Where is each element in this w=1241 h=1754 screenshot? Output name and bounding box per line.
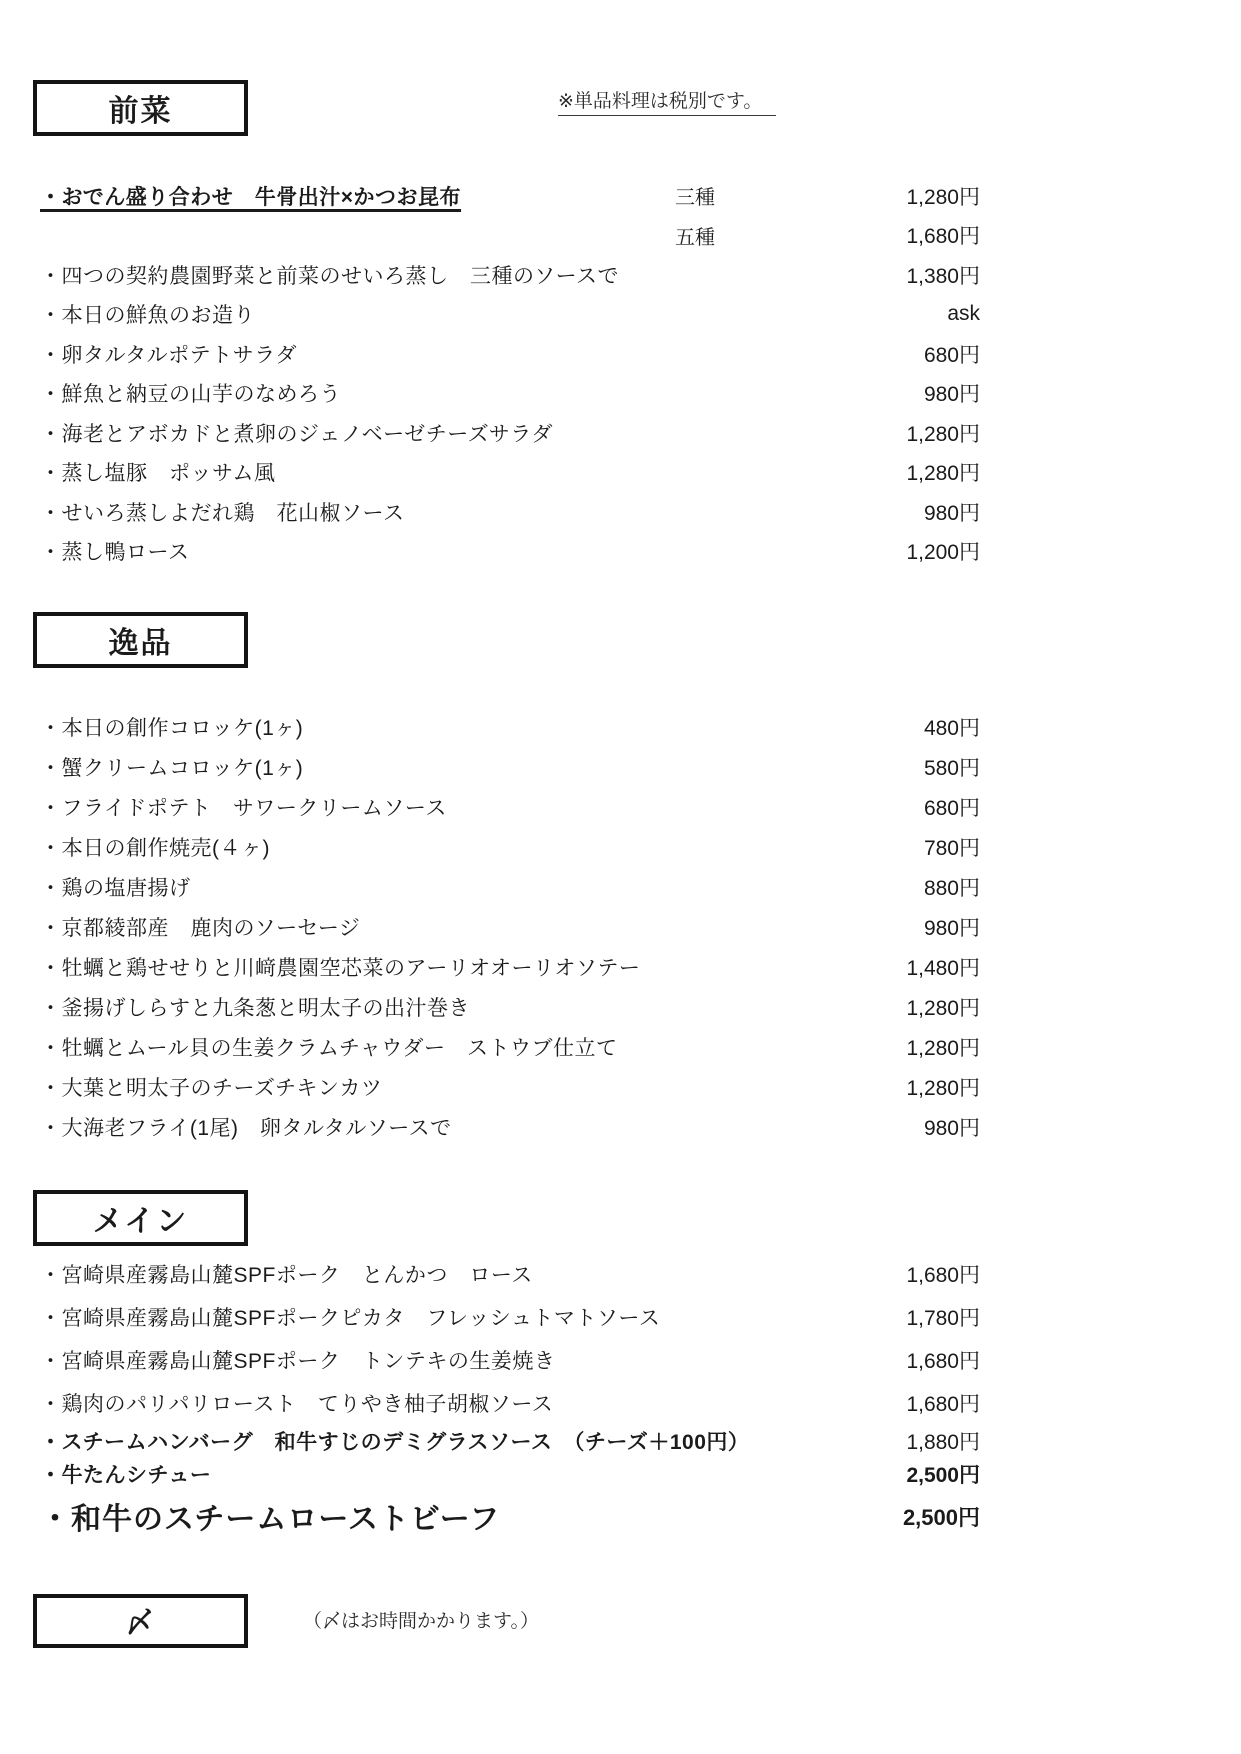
item-price: 1,480円 [850, 952, 980, 982]
item-price: 1,380円 [850, 260, 980, 290]
item-price: 1,280円 [850, 1072, 980, 1102]
menu-item-row: ・卵タルタルポテトサラダ680円 [40, 334, 980, 374]
menu-item-row: 五種1,680円 [40, 216, 980, 256]
item-name: ・フライドポテト サワークリームソース [40, 792, 850, 822]
closing-time-note: （〆はお時間かかります。） [303, 1606, 539, 1633]
item-price: 1,780円 [850, 1302, 980, 1332]
item-price: 1,280円 [850, 181, 980, 211]
item-price: 580円 [850, 752, 980, 782]
menu-item-row: ・牡蠣と鶏せせりと川﨑農園空芯菜のアーリオオーリオソテー1,480円 [40, 947, 980, 987]
menu-item-row: ・フライドポテト サワークリームソース680円 [40, 787, 980, 827]
item-name: ・本日の鮮魚のお造り [40, 299, 850, 329]
item-name: ・蟹クリームコロッケ(1ヶ) [40, 752, 850, 782]
menu-item-row: ・宮崎県産霧島山麓SPFポークピカタ フレッシュトマトソース1,780円 [40, 1295, 980, 1338]
menu-item-row: ・宮崎県産霧島山麓SPFポーク とんかつ ロース1,680円 [40, 1252, 980, 1295]
item-name: ・本日の創作コロッケ(1ヶ) [40, 712, 850, 742]
item-name: ・せいろ蒸しよだれ鶏 花山椒ソース [40, 497, 850, 527]
item-name: ・宮崎県産霧島山麓SPFポーク とんかつ ロース [40, 1259, 850, 1289]
item-name: ・蒸し塩豚 ポッサム風 [40, 457, 850, 487]
item-name: ・おでん盛り合わせ 牛骨出汁×かつお昆布 [40, 181, 675, 211]
menu-item-row: ・蒸し塩豚 ポッサム風1,280円 [40, 453, 980, 493]
menu-item-row: ・和牛のスチームローストビーフ2,500円 [40, 1490, 980, 1542]
section-title: 前菜 [109, 86, 173, 130]
item-name: ・宮崎県産霧島山麓SPFポーク トンテキの生姜焼き [40, 1345, 850, 1375]
item-price: 1,280円 [850, 992, 980, 1022]
item-name: ・牡蠣とムール貝の生姜クラムチャウダー ストウブ仕立て [40, 1032, 850, 1062]
menu-item-row: ・本日の創作焼売(４ヶ)780円 [40, 827, 980, 867]
item-price: 2,500円 [850, 1459, 980, 1489]
item-price: 780円 [850, 832, 980, 862]
item-price: 1,680円 [850, 220, 980, 250]
item-price: 480円 [850, 712, 980, 742]
menu-item-row: ・おでん盛り合わせ 牛骨出汁×かつお昆布三種1,280円 [40, 176, 980, 216]
item-name: ・スチームハンバーグ 和牛すじのデミグラスソース （チーズ＋100円） [40, 1426, 850, 1456]
mains-list: ・宮崎県産霧島山麓SPFポーク とんかつ ロース1,680円・宮崎県産霧島山麓S… [40, 1252, 980, 1542]
item-price: 980円 [850, 912, 980, 942]
item-price: 1,680円 [850, 1259, 980, 1289]
appetizers-list: ・おでん盛り合わせ 牛骨出汁×かつお昆布三種1,280円五種1,680円・四つの… [40, 176, 980, 571]
item-name: ・海老とアボカドと煮卵のジェノベーゼチーズサラダ [40, 418, 850, 448]
menu-item-row: ・京都綾部産 鹿肉のソーセージ980円 [40, 907, 980, 947]
specialties-list: ・本日の創作コロッケ(1ヶ)480円・蟹クリームコロッケ(1ヶ)580円・フライ… [40, 707, 980, 1147]
menu-item-row: ・牡蠣とムール貝の生姜クラムチャウダー ストウブ仕立て1,280円 [40, 1027, 980, 1067]
menu-item-row: ・蟹クリームコロッケ(1ヶ)580円 [40, 747, 980, 787]
item-price: 1,280円 [850, 1032, 980, 1062]
item-price: 980円 [850, 1112, 980, 1142]
item-price: 1,680円 [850, 1388, 980, 1418]
item-name: ・牛たんシチュー [40, 1459, 850, 1489]
item-name: ・牡蠣と鶏せせりと川﨑農園空芯菜のアーリオオーリオソテー [40, 952, 850, 982]
menu-page: { "page": { "tax_note": "※単品料理は税別です。", "… [0, 0, 1241, 1754]
item-name: ・宮崎県産霧島山麓SPFポークピカタ フレッシュトマトソース [40, 1302, 850, 1332]
section-header-specialties: 逸品 [33, 612, 248, 668]
item-name: ・和牛のスチームローストビーフ [40, 1494, 850, 1538]
item-name: ・大海老フライ(1尾) 卵タルタルソースで [40, 1112, 850, 1142]
item-name: ・蒸し鴨ロース [40, 536, 850, 566]
item-price: 1,280円 [850, 418, 980, 448]
section-header-shime: 〆 [33, 1594, 248, 1648]
item-price: 1,680円 [850, 1345, 980, 1375]
menu-item-row: ・鶏の塩唐揚げ880円 [40, 867, 980, 907]
tax-note: ※単品料理は税別です。 [558, 86, 776, 116]
menu-item-row: ・四つの契約農園野菜と前菜のせいろ蒸し 三種のソースで1,380円 [40, 255, 980, 295]
section-header-appetizers: 前菜 [33, 80, 248, 136]
menu-item-row: ・せいろ蒸しよだれ鶏 花山椒ソース980円 [40, 492, 980, 532]
item-price: 880円 [850, 872, 980, 902]
menu-item-row: ・大葉と明太子のチーズチキンカツ1,280円 [40, 1067, 980, 1107]
item-price: 1,280円 [850, 457, 980, 487]
menu-item-row: ・牛たんシチュー2,500円 [40, 1457, 980, 1490]
menu-item-row: ・蒸し鴨ロース1,200円 [40, 532, 980, 572]
item-name: ・釜揚げしらすと九条葱と明太子の出汁巻き [40, 992, 850, 1022]
item-price: ask [850, 302, 980, 326]
menu-item-row: ・鶏肉のパリパリロースト てりやき柚子胡椒ソース1,680円 [40, 1381, 980, 1424]
menu-item-row: ・鮮魚と納豆の山芋のなめろう980円 [40, 374, 980, 414]
menu-item-row: ・スチームハンバーグ 和牛すじのデミグラスソース （チーズ＋100円）1,880… [40, 1424, 980, 1457]
item-price: 1,200円 [850, 536, 980, 566]
item-price: 2,500円 [850, 1501, 980, 1532]
item-name: ・鮮魚と納豆の山芋のなめろう [40, 378, 850, 408]
item-variant: 三種 [675, 181, 850, 210]
item-price: 1,880円 [850, 1426, 980, 1456]
menu-item-row: ・釜揚げしらすと九条葱と明太子の出汁巻き1,280円 [40, 987, 980, 1027]
item-name: ・大葉と明太子のチーズチキンカツ [40, 1072, 850, 1102]
menu-item-row: ・海老とアボカドと煮卵のジェノベーゼチーズサラダ1,280円 [40, 413, 980, 453]
item-name: ・鶏の塩唐揚げ [40, 872, 850, 902]
menu-item-row: ・本日の創作コロッケ(1ヶ)480円 [40, 707, 980, 747]
item-price: 680円 [850, 339, 980, 369]
item-name: ・四つの契約農園野菜と前菜のせいろ蒸し 三種のソースで [40, 260, 850, 290]
item-variant: 五種 [675, 221, 850, 250]
menu-item-row: ・本日の鮮魚のお造りask [40, 295, 980, 335]
section-title: メイン [93, 1196, 188, 1240]
item-price: 980円 [850, 378, 980, 408]
item-name: ・鶏肉のパリパリロースト てりやき柚子胡椒ソース [40, 1388, 850, 1418]
section-title: 〆 [125, 1601, 155, 1641]
section-title: 逸品 [109, 618, 173, 662]
item-name: ・本日の創作焼売(４ヶ) [40, 832, 850, 862]
section-header-mains: メイン [33, 1190, 248, 1246]
item-name: ・京都綾部産 鹿肉のソーセージ [40, 912, 850, 942]
item-name: ・卵タルタルポテトサラダ [40, 339, 850, 369]
menu-item-row: ・大海老フライ(1尾) 卵タルタルソースで980円 [40, 1107, 980, 1147]
item-price: 980円 [850, 497, 980, 527]
item-price: 680円 [850, 792, 980, 822]
menu-item-row: ・宮崎県産霧島山麓SPFポーク トンテキの生姜焼き1,680円 [40, 1338, 980, 1381]
